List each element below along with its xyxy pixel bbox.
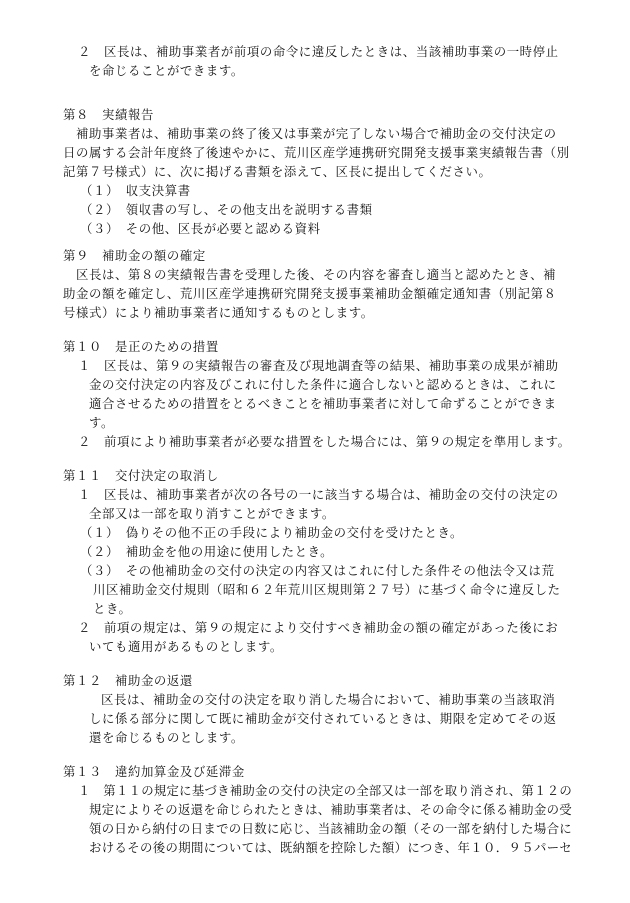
- text-line: 金の交付決定の内容及びこれに付した条件に適合しないと認めるときは、これに: [89, 377, 557, 393]
- text-line: しに係る部分に関して既に補助金が交付されているときは、期限を定めてその返: [89, 711, 557, 727]
- text-line: 還を命じるものとします。: [89, 730, 244, 746]
- text-line: （１） 偽りその他不正の手段により補助金の交付を受けたとき。: [80, 525, 463, 541]
- text-line: （２） 補助金を他の用途に使用したとき。: [80, 544, 333, 560]
- text-line: 領の日から納付の日までの日数に応じ、当該補助金の額（その一部を納付した場合に: [89, 821, 572, 837]
- text-line: 規定によりその返還を命じられたときは、補助事業者は、その命令に係る補助金の受: [89, 802, 572, 818]
- text-line: 日の属する会計年度終了後速やかに、荒川区産学連携研究開発支援事業実績報告書（別: [63, 145, 570, 161]
- text-line: 区長は、補助金の交付の決定を取り消した場合において、補助事業の当該取消: [101, 692, 555, 708]
- section-heading: 第１０ 是正のための措置: [63, 339, 219, 355]
- text-line: 川区補助金交付規則（昭和６２年荒川区規則第２７号）に基づく命令に違反した: [93, 582, 561, 598]
- text-line: 適合させるための措置をとるべきことを補助事業者に対して命ずることができま: [89, 396, 557, 412]
- text-line: 補助事業者は、補助事業の終了後又は事業が完了しない場合で補助金の交付決定の: [76, 126, 557, 142]
- text-line: （３） その他、区長が必要と認める資料: [80, 221, 321, 237]
- text-line: （１） 収支決算書: [80, 183, 191, 199]
- text-line: 全部又は一部を取り消すことができます。: [89, 506, 335, 522]
- text-line: １ 区長は、補助事業者が次の各号の一に該当する場合は、補助金の交付の決定の: [78, 487, 559, 503]
- text-line: 号様式）により補助事業者に通知するものとします。: [63, 305, 374, 321]
- text-line: （２） 領収書の写し、その他支出を説明する書類: [80, 202, 373, 218]
- text-line: ２ 前項の規定は、第９の規定により交付すべき補助金の額の確定があった後にお: [78, 620, 558, 636]
- section-heading: 第１１ 交付決定の取消し: [63, 468, 219, 484]
- text-line: す。: [89, 415, 114, 431]
- text-line: （３） その他補助金の交付の決定の内容又はこれに付した条件その他法令又は荒: [80, 563, 554, 579]
- text-line: ２ 前項により補助事業者が必要な措置をした場合には、第９の規定を準用します。: [78, 434, 571, 450]
- text-line: １ 第１１の規定に基づき補助金の交付の決定の全部又は一部を取り消され、第１２の: [78, 783, 572, 799]
- text-line: を命じることができます。: [89, 63, 244, 79]
- text-line: 助金の額を確定し、荒川区産学連携研究開発支援事業補助金額確定通知書（別記第８: [63, 286, 557, 302]
- text-line: とき。: [93, 601, 131, 617]
- text-line: いても適用があるものとします。: [89, 639, 283, 655]
- section-heading: 第１２ 補助金の返還: [63, 673, 193, 689]
- section-heading: 第８ 実績報告: [63, 107, 154, 123]
- text-line: ２ 区長は、補助事業者が前項の命令に違反したときは、当該補助事業の一時停止: [78, 44, 559, 60]
- text-line: 区長は、第８の実績報告書を受理した後、その内容を審査し適当と認めたとき、補: [76, 267, 556, 283]
- section-heading: 第１３ 違約加算金及び延滞金: [63, 764, 245, 780]
- text-line: 記第７号様式）に、次に掲げる書類を添えて、区長に提出してください。: [63, 164, 491, 180]
- text-line: １ 区長は、第９の実績報告の審査及び現地調査等の結果、補助事業の成果が補助: [78, 358, 559, 374]
- text-line: おけるその後の期間については、既納額を控除した額）につき、年１０．９５パーセ: [89, 840, 572, 856]
- section-heading: 第９ 補助金の額の確定: [63, 248, 206, 264]
